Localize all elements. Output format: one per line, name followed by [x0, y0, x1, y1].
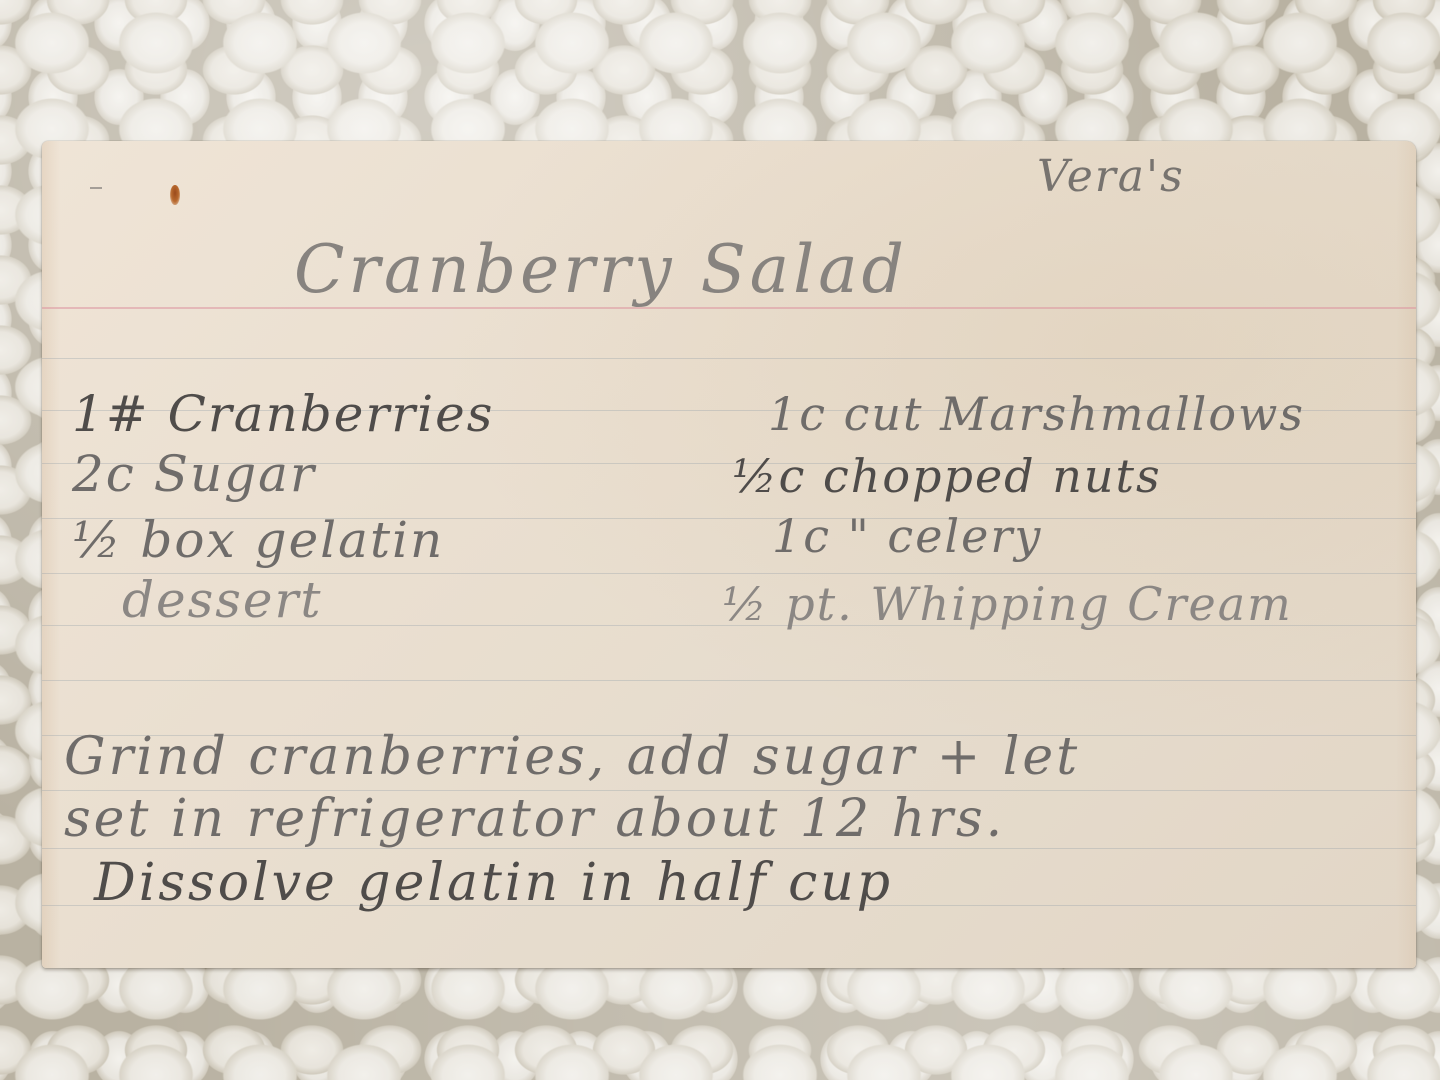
ingredient-item-continued: dessert [122, 575, 323, 625]
ingredient-item: ½ pt. Whipping Cream [722, 581, 1293, 627]
ingredient-item: ½c chopped nuts [732, 453, 1162, 499]
rust-stain [170, 185, 180, 205]
ingredient-item: 2c Sugar [72, 449, 316, 499]
ruled-line [42, 358, 1416, 359]
direction-line: set in refrigerator about 12 hrs. [64, 793, 1005, 845]
recipe-title: Cranberry Salad [294, 231, 908, 308]
ingredient-item: 1# Cranberries [72, 389, 494, 439]
ingredient-item: 1c cut Marshmallows [768, 391, 1305, 437]
pencil-mark [90, 187, 102, 189]
recipe-card: Vera's Cranberry Salad 1# Cranberries 2c… [42, 141, 1416, 968]
direction-line: Grind cranberries, add sugar + let [64, 731, 1080, 783]
ruled-line [42, 680, 1416, 681]
ingredient-item: ½ box gelatin [72, 515, 444, 565]
recipe-attribution: Vera's [1037, 151, 1185, 202]
ingredient-item: 1c " celery [772, 513, 1042, 559]
direction-line: Dissolve gelatin in half cup [94, 857, 893, 909]
